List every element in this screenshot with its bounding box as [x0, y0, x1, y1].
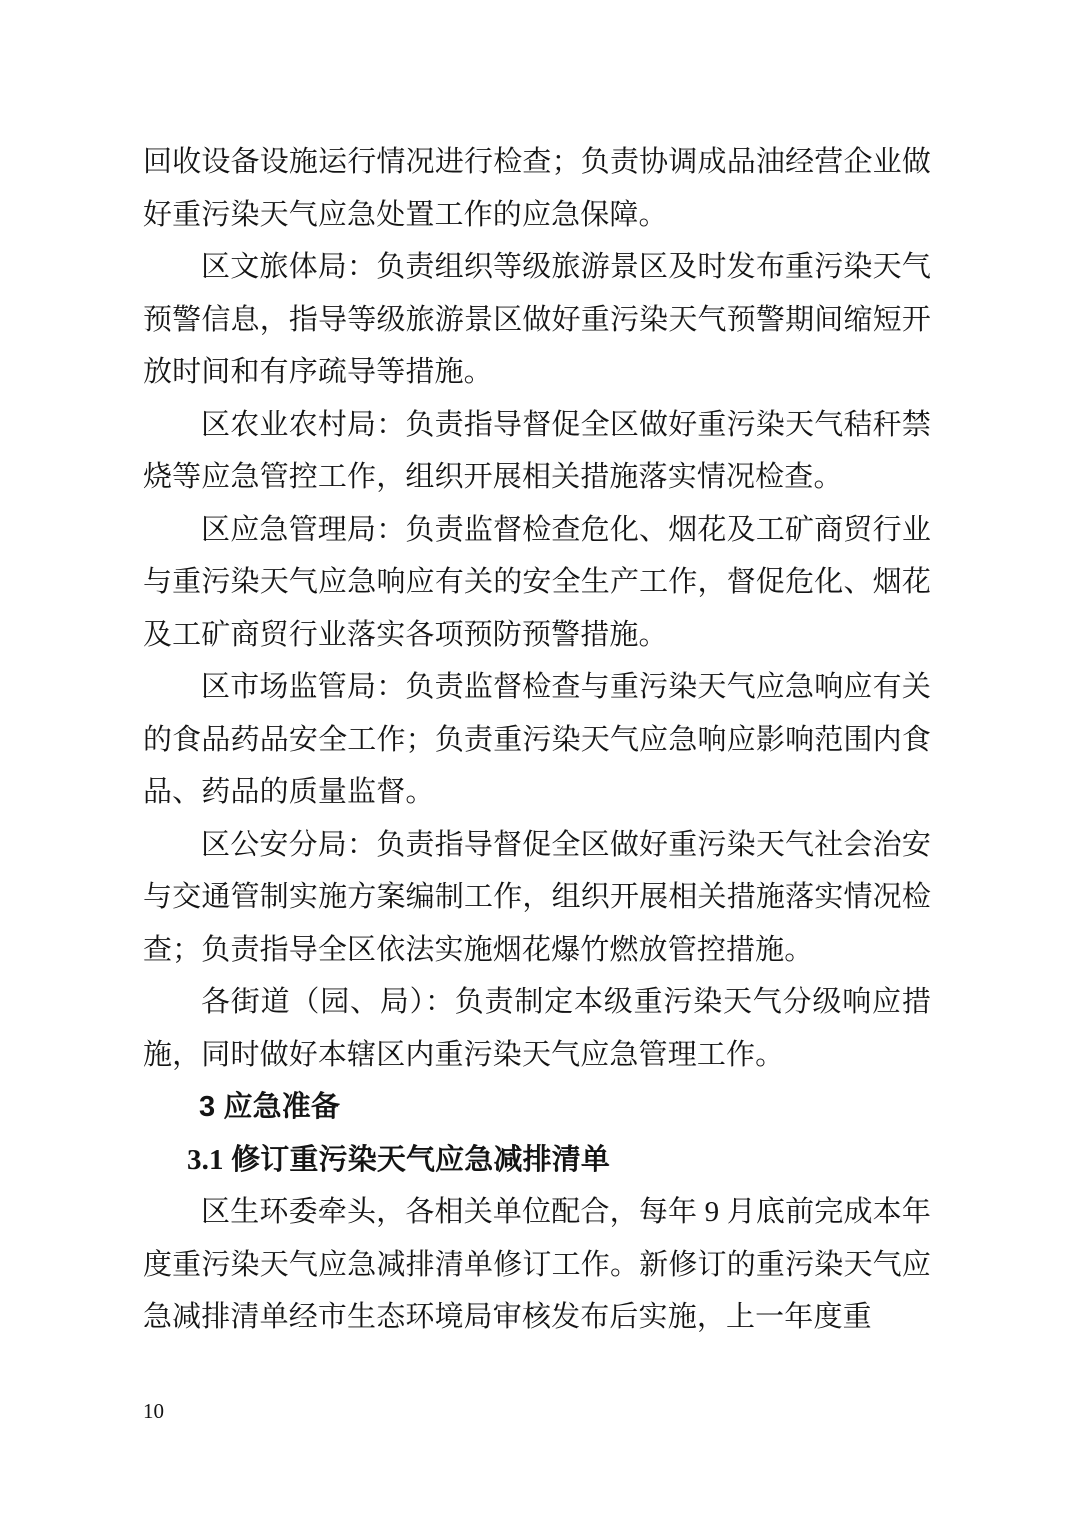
paragraph-subdistricts: 各街道（园、局）：负责制定本级重污染天气分级响应措施，同时做好本辖区内重污染天气…	[143, 976, 931, 1081]
paragraph-continuation: 回收设备设施运行情况进行检查；负责协调成品油经营企业做好重污染天气应急处置工作的…	[143, 136, 931, 241]
page-number: 10	[143, 1398, 164, 1424]
paragraph-agriculture-bureau: 区农业农村局：负责指导督促全区做好重污染天气秸秆禁烧等应急管控工作，组织开展相关…	[143, 399, 931, 504]
paragraph-emergency-management-bureau: 区应急管理局：负责监督检查危化、烟花及工矿商贸行业与重污染天气应急响应有关的安全…	[143, 504, 931, 662]
section-heading-emergency-preparation: 3 应急准备	[143, 1081, 931, 1134]
paragraph-market-regulation-bureau: 区市场监管局：负责监督检查与重污染天气应急响应有关的食品药品安全工作；负责重污染…	[143, 661, 931, 819]
paragraph-culture-tourism-bureau: 区文旅体局：负责组织等级旅游景区及时发布重污染天气预警信息，指导等级旅游景区做好…	[143, 241, 931, 399]
paragraph-public-security-bureau: 区公安分局：负责指导督促全区做好重污染天气社会治安与交通管制实施方案编制工作，组…	[143, 819, 931, 977]
subsection-heading-revise-emission-reduction-list: 3.1 修订重污染天气应急减排清单	[143, 1134, 931, 1187]
document-body: 回收设备设施运行情况进行检查；负责协调成品油经营企业做好重污染天气应急处置工作的…	[143, 136, 931, 1344]
paragraph-eco-environment-committee: 区生环委牵头，各相关单位配合，每年 9 月底前完成本年度重污染天气应急减排清单修…	[143, 1186, 931, 1344]
document-page: 回收设备设施运行情况进行检查；负责协调成品油经营企业做好重污染天气应急处置工作的…	[0, 0, 1074, 1520]
